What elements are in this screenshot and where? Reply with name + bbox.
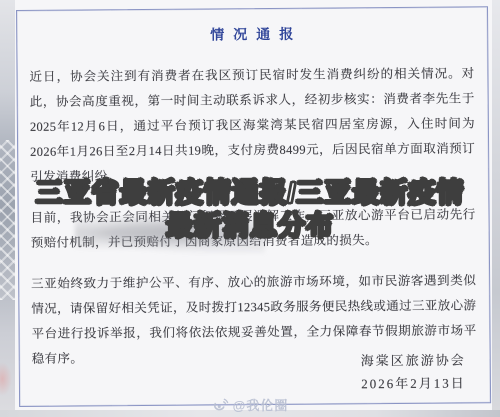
caption-line-2: 最新消息分布 [0, 210, 500, 243]
pink-smudge [0, 362, 12, 396]
signature-org: 海棠区旅游协会 [361, 348, 466, 372]
weibo-icon [212, 398, 229, 412]
signature-date: 2026年2月13日 [361, 371, 466, 395]
signature-block: 海棠区旅游协会 2026年2月13日 [361, 348, 466, 395]
caption-overlay: 三亚省最新疫情通报/三亚最新疫情 最新消息分布 [0, 177, 500, 243]
document-title: 情况通报 [29, 22, 474, 45]
notice-photo: 情况通报 近日，协会关注到有消费者在我区预订民宿时发生消费纠纷的相关情况。对此，… [0, 0, 500, 417]
weibo-watermark: @我伦圈 [212, 395, 289, 414]
watermark-handle: @我伦圈 [233, 395, 289, 414]
caption-line-1: 三亚省最新疫情通报/三亚最新疫情 [0, 177, 500, 210]
paragraph-incident: 近日，协会关注到有消费者在我区预订民宿时发生消费纠纷的相关情况。对此，协会高度重… [29, 61, 475, 189]
